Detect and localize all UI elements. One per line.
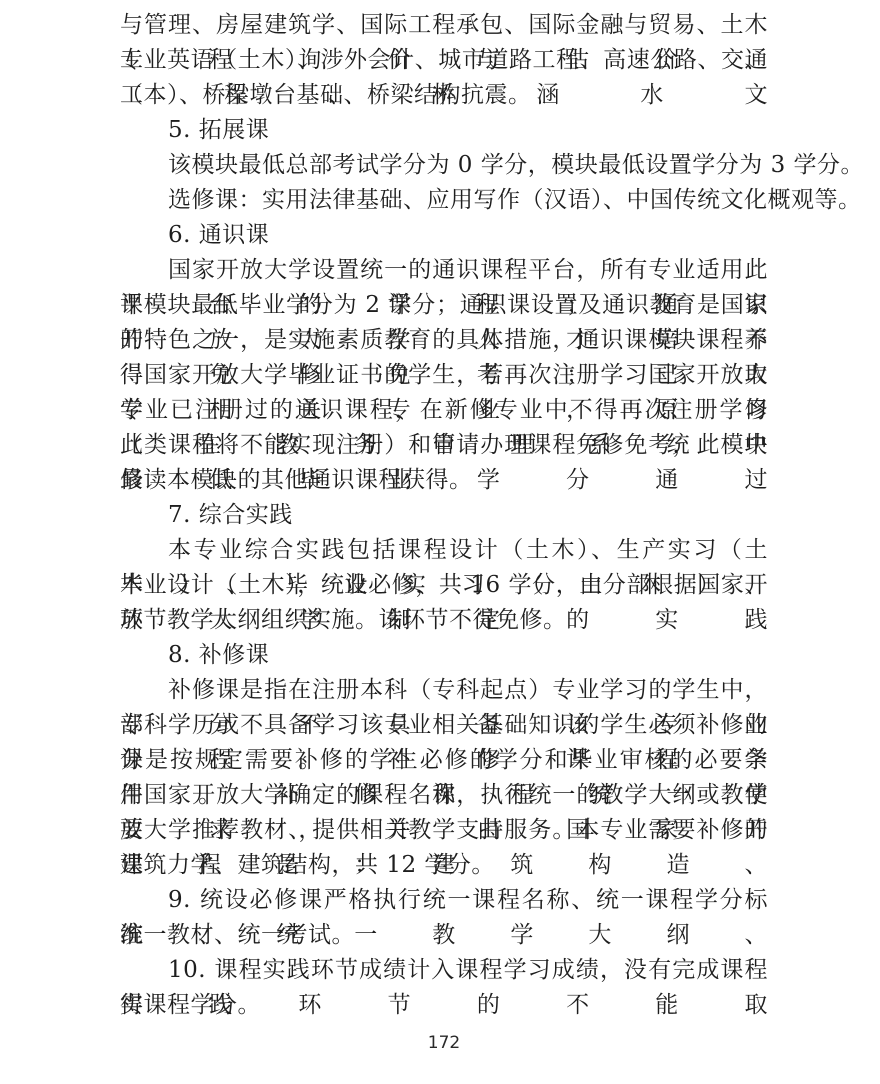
text-line: 得国家开放大学毕业证书的学生，若再次注册学习国家开放大学相关专业，原修	[120, 358, 768, 393]
text-line: 该模块最低总部考试学分为 0 学分，模块最低设置学分为 3 学分。	[120, 148, 768, 183]
text-line: 10. 课程实践环节成绩计入课程学习成绩，没有完成课程实践环节的不能取	[120, 953, 768, 988]
text-line: 专业英语（土木）、涉外会计、城市道路工程、高速公路、交通工程、桥涵水文	[120, 43, 768, 78]
text-line: 本专业综合实践包括课程设计（土木）、生产实习（土木）、毕业实习（土木）、	[120, 533, 768, 568]
text-line: 课模块最低毕业学分为 2 学分；通识课设置及通识教育是国家开放大学人才培养	[120, 288, 768, 323]
text-line: 用国家开放大学确定的课程名称，执行统一的教学大纲或教学要求，并由国家开	[120, 778, 768, 813]
document-page: 与管理、房屋建筑学、国际工程承包、国际金融与贸易、土木工程询价与估价、专业英语（…	[0, 0, 880, 1084]
text-line: 国家开放大学设置统一的通识课程平台，所有专业适用此平台的课程；通识	[120, 253, 768, 288]
text-line: 专科学历或不具备学习该专业相关基础知识的学生必须补修的课程。补修课程学	[120, 708, 768, 743]
text-line: 5. 拓展课	[120, 113, 768, 148]
text-line: 选修课：实用法律基础、应用写作（汉语）、中国传统文化概观等。	[120, 183, 768, 218]
text-line: 的特色之一，是实施素质教育的具体措施，通识课模块课程不得免修免考；已取	[120, 323, 768, 358]
text-line: 9. 统设必修课严格执行统一课程名称、统一课程学分标准、统一教学大纲、	[120, 883, 768, 918]
text-line: 毕业设计（土木），统设必修，共 16 学分，由分部根据国家开放大学制定的实践	[120, 568, 768, 603]
text-line: 7. 综合实践	[120, 498, 768, 533]
text-line: 专业已注册过的通识课程，在新修专业中不得再次注册学习（在教务管理系统中	[120, 393, 768, 428]
text-line: 补修课是指在注册本科（专科起点）专业学习的学生中，部分不具备该专业	[120, 673, 768, 708]
text-line: 与管理、房屋建筑学、国际工程承包、国际金融与贸易、土木工程询价与估价、	[120, 8, 768, 43]
text-line: 此类课程将不能实现注册）和申请办理课程免修免考，此模块最低毕业学分通过	[120, 428, 768, 463]
text-line: 6. 通识课	[120, 218, 768, 253]
text-block: 与管理、房屋建筑学、国际工程承包、国际金融与贸易、土木工程询价与估价、专业英语（…	[120, 8, 768, 1023]
text-line: 分是按规定需要补修的学生必修的学分和毕业审核的必要条件。补修课程统一使	[120, 743, 768, 778]
text-line: 放大学推荐教材、提供相关教学支持服务。本专业需要补修的课程是：建筑构造、	[120, 813, 768, 848]
text-line: 8. 补修课	[120, 638, 768, 673]
page-number: 172	[120, 1033, 768, 1053]
